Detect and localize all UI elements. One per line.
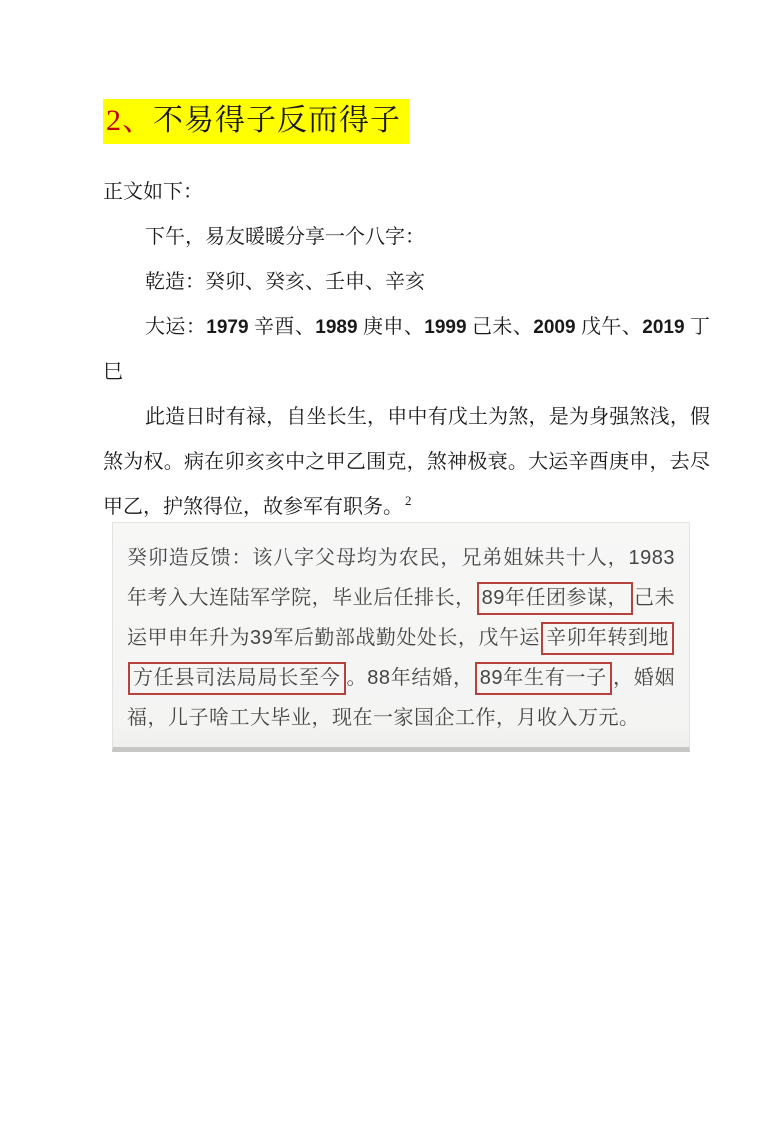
analysis-text-1: 此造日时有禄，自坐长生，申中有戊土为煞，是为身强煞浅，假 bbox=[145, 406, 710, 428]
analysis-line-1: 此造日时有禄，自坐长生，申中有戊土为煞，是为身强煞浅，假 bbox=[103, 395, 710, 440]
dayun-year-1: 1979 bbox=[206, 317, 248, 338]
feedback-text-2b: 己未 bbox=[634, 587, 675, 609]
document-body: 正文如下： 下午，易友暖暖分享一个八字： 乾造：癸卯、癸亥、壬申、辛亥 大运：1… bbox=[103, 170, 710, 530]
dayun-ganzhi-4: 戊午、 bbox=[576, 316, 643, 338]
dayun-year-2: 1989 bbox=[315, 317, 357, 338]
feedback-line-1: 癸卯造反馈：该八字父母均为农民，兄弟姐妹共十人，1983 bbox=[127, 538, 675, 578]
intro-line: 正文如下： bbox=[103, 170, 710, 215]
dayun-ganzhi-1: 辛酉、 bbox=[249, 316, 316, 338]
title-highlight: 2、不易得子反而得子 bbox=[103, 99, 409, 144]
dayun-year-3: 1999 bbox=[424, 317, 466, 338]
dayun-ganzhi-2: 庚申、 bbox=[358, 316, 425, 338]
feedback-screenshot: 癸卯造反馈：该八字父母均为农民，兄弟姐妹共十人，1983 年考入大连陆军学院，毕… bbox=[112, 522, 690, 752]
dayun-wrap-line: 巳 bbox=[103, 350, 710, 395]
feedback-line-2: 年考入大连陆军学院，毕业后任排长，89年任团参谋，己未 bbox=[127, 578, 675, 618]
dayun-label: 大运： bbox=[145, 316, 206, 338]
dayun-line: 大运：1979 辛酉、1989 庚申、1999 己未、2009 戊午、2019 … bbox=[103, 305, 710, 350]
red-annotation-box-2: 辛卯年转到地 bbox=[541, 622, 674, 655]
footnote-ref: 2 bbox=[405, 493, 412, 508]
feedback-text-1: 癸卯造反馈：该八字父母均为农民，兄弟姐妹共十人，1983 bbox=[127, 547, 675, 569]
red-annotation-box-3: 方任县司法局局长至今 bbox=[128, 662, 346, 695]
feedback-text-2a: 年考入大连陆军学院，毕业后任排长， bbox=[127, 587, 476, 609]
analysis-text-3: 甲乙，护煞得位，故参军有职务。 bbox=[103, 496, 403, 518]
feedback-line-3: 运甲申年升为39军后勤部战勤处处长，戊午运辛卯年转到地 bbox=[127, 618, 675, 658]
red-annotation-box-1: 89年任团参谋， bbox=[477, 582, 633, 615]
qianzao-text: 乾造：癸卯、癸亥、壬申、辛亥 bbox=[145, 271, 425, 293]
analysis-text-2: 煞为权。病在卯亥亥中之甲乙围克，煞神极衰。大运辛酉庚申，去尽 bbox=[103, 451, 710, 473]
dayun-ganzhi-5: 丁 bbox=[685, 316, 710, 338]
feedback-line-4: 方任县司法局局长至今。88年结婚，89年生有一子，婚姻幸 bbox=[127, 658, 675, 698]
qianzao-line: 乾造：癸卯、癸亥、壬申、辛亥 bbox=[103, 260, 710, 305]
feedback-line-5: 福，儿子啥工大毕业，现在一家国企工作，月收入万元。 bbox=[127, 698, 675, 738]
feedback-text-5: 福，儿子啥工大毕业，现在一家国企工作，月收入万元。 bbox=[127, 707, 640, 729]
title-text: 不易得子反而得子 bbox=[153, 104, 401, 137]
title-number: 2、 bbox=[106, 104, 153, 137]
dayun-wrap-char: 巳 bbox=[103, 361, 123, 383]
dayun-year-5: 2019 bbox=[642, 317, 684, 338]
feedback-text-3a: 运甲申年升为39军后勤部战勤处处长，戊午运 bbox=[127, 627, 540, 649]
dayun-year-4: 2009 bbox=[533, 317, 575, 338]
section-title: 2、不易得子反而得子 bbox=[103, 100, 710, 142]
share-text: 下午，易友暖暖分享一个八字： bbox=[145, 226, 425, 248]
intro-text: 正文如下： bbox=[103, 181, 203, 203]
document-page: 2、不易得子反而得子 正文如下： 下午，易友暖暖分享一个八字： 乾造：癸卯、癸亥… bbox=[0, 0, 762, 1128]
analysis-line-2: 煞为权。病在卯亥亥中之甲乙围克，煞神极衰。大运辛酉庚申，去尽 bbox=[103, 440, 710, 485]
feedback-text-4a: 。88年结婚， bbox=[347, 667, 474, 689]
red-annotation-box-4: 89年生有一子 bbox=[475, 662, 612, 695]
share-line: 下午，易友暖暖分享一个八字： bbox=[103, 215, 710, 260]
dayun-ganzhi-3: 己未、 bbox=[467, 316, 534, 338]
